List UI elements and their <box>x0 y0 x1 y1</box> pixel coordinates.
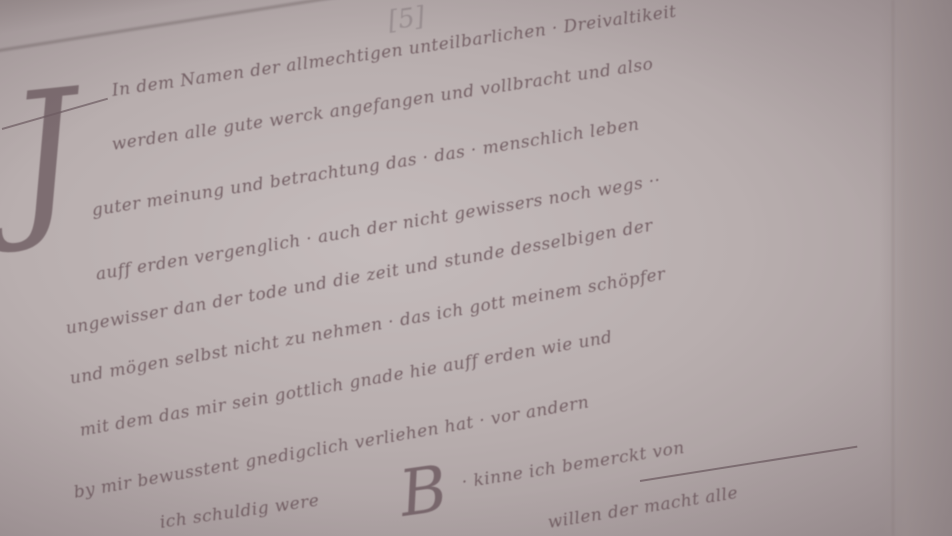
manuscript-line: willen der macht alle <box>546 483 739 533</box>
manuscript-line: · kinne ich bemerckt von <box>460 438 686 493</box>
handwritten-text-block: In dem Namen der allmechtigen unteilbarl… <box>0 0 952 536</box>
manuscript-photo: [5] J In dem Namen der allmechtigen unte… <box>0 0 952 536</box>
manuscript-line: mit dem das mir sein gottlich gnade hie … <box>78 327 614 441</box>
manuscript-line: In dem Namen der allmechtigen unteilbarl… <box>111 2 678 101</box>
inline-capital-letter: B <box>396 457 451 527</box>
manuscript-line: ich schuldig were <box>159 491 321 533</box>
